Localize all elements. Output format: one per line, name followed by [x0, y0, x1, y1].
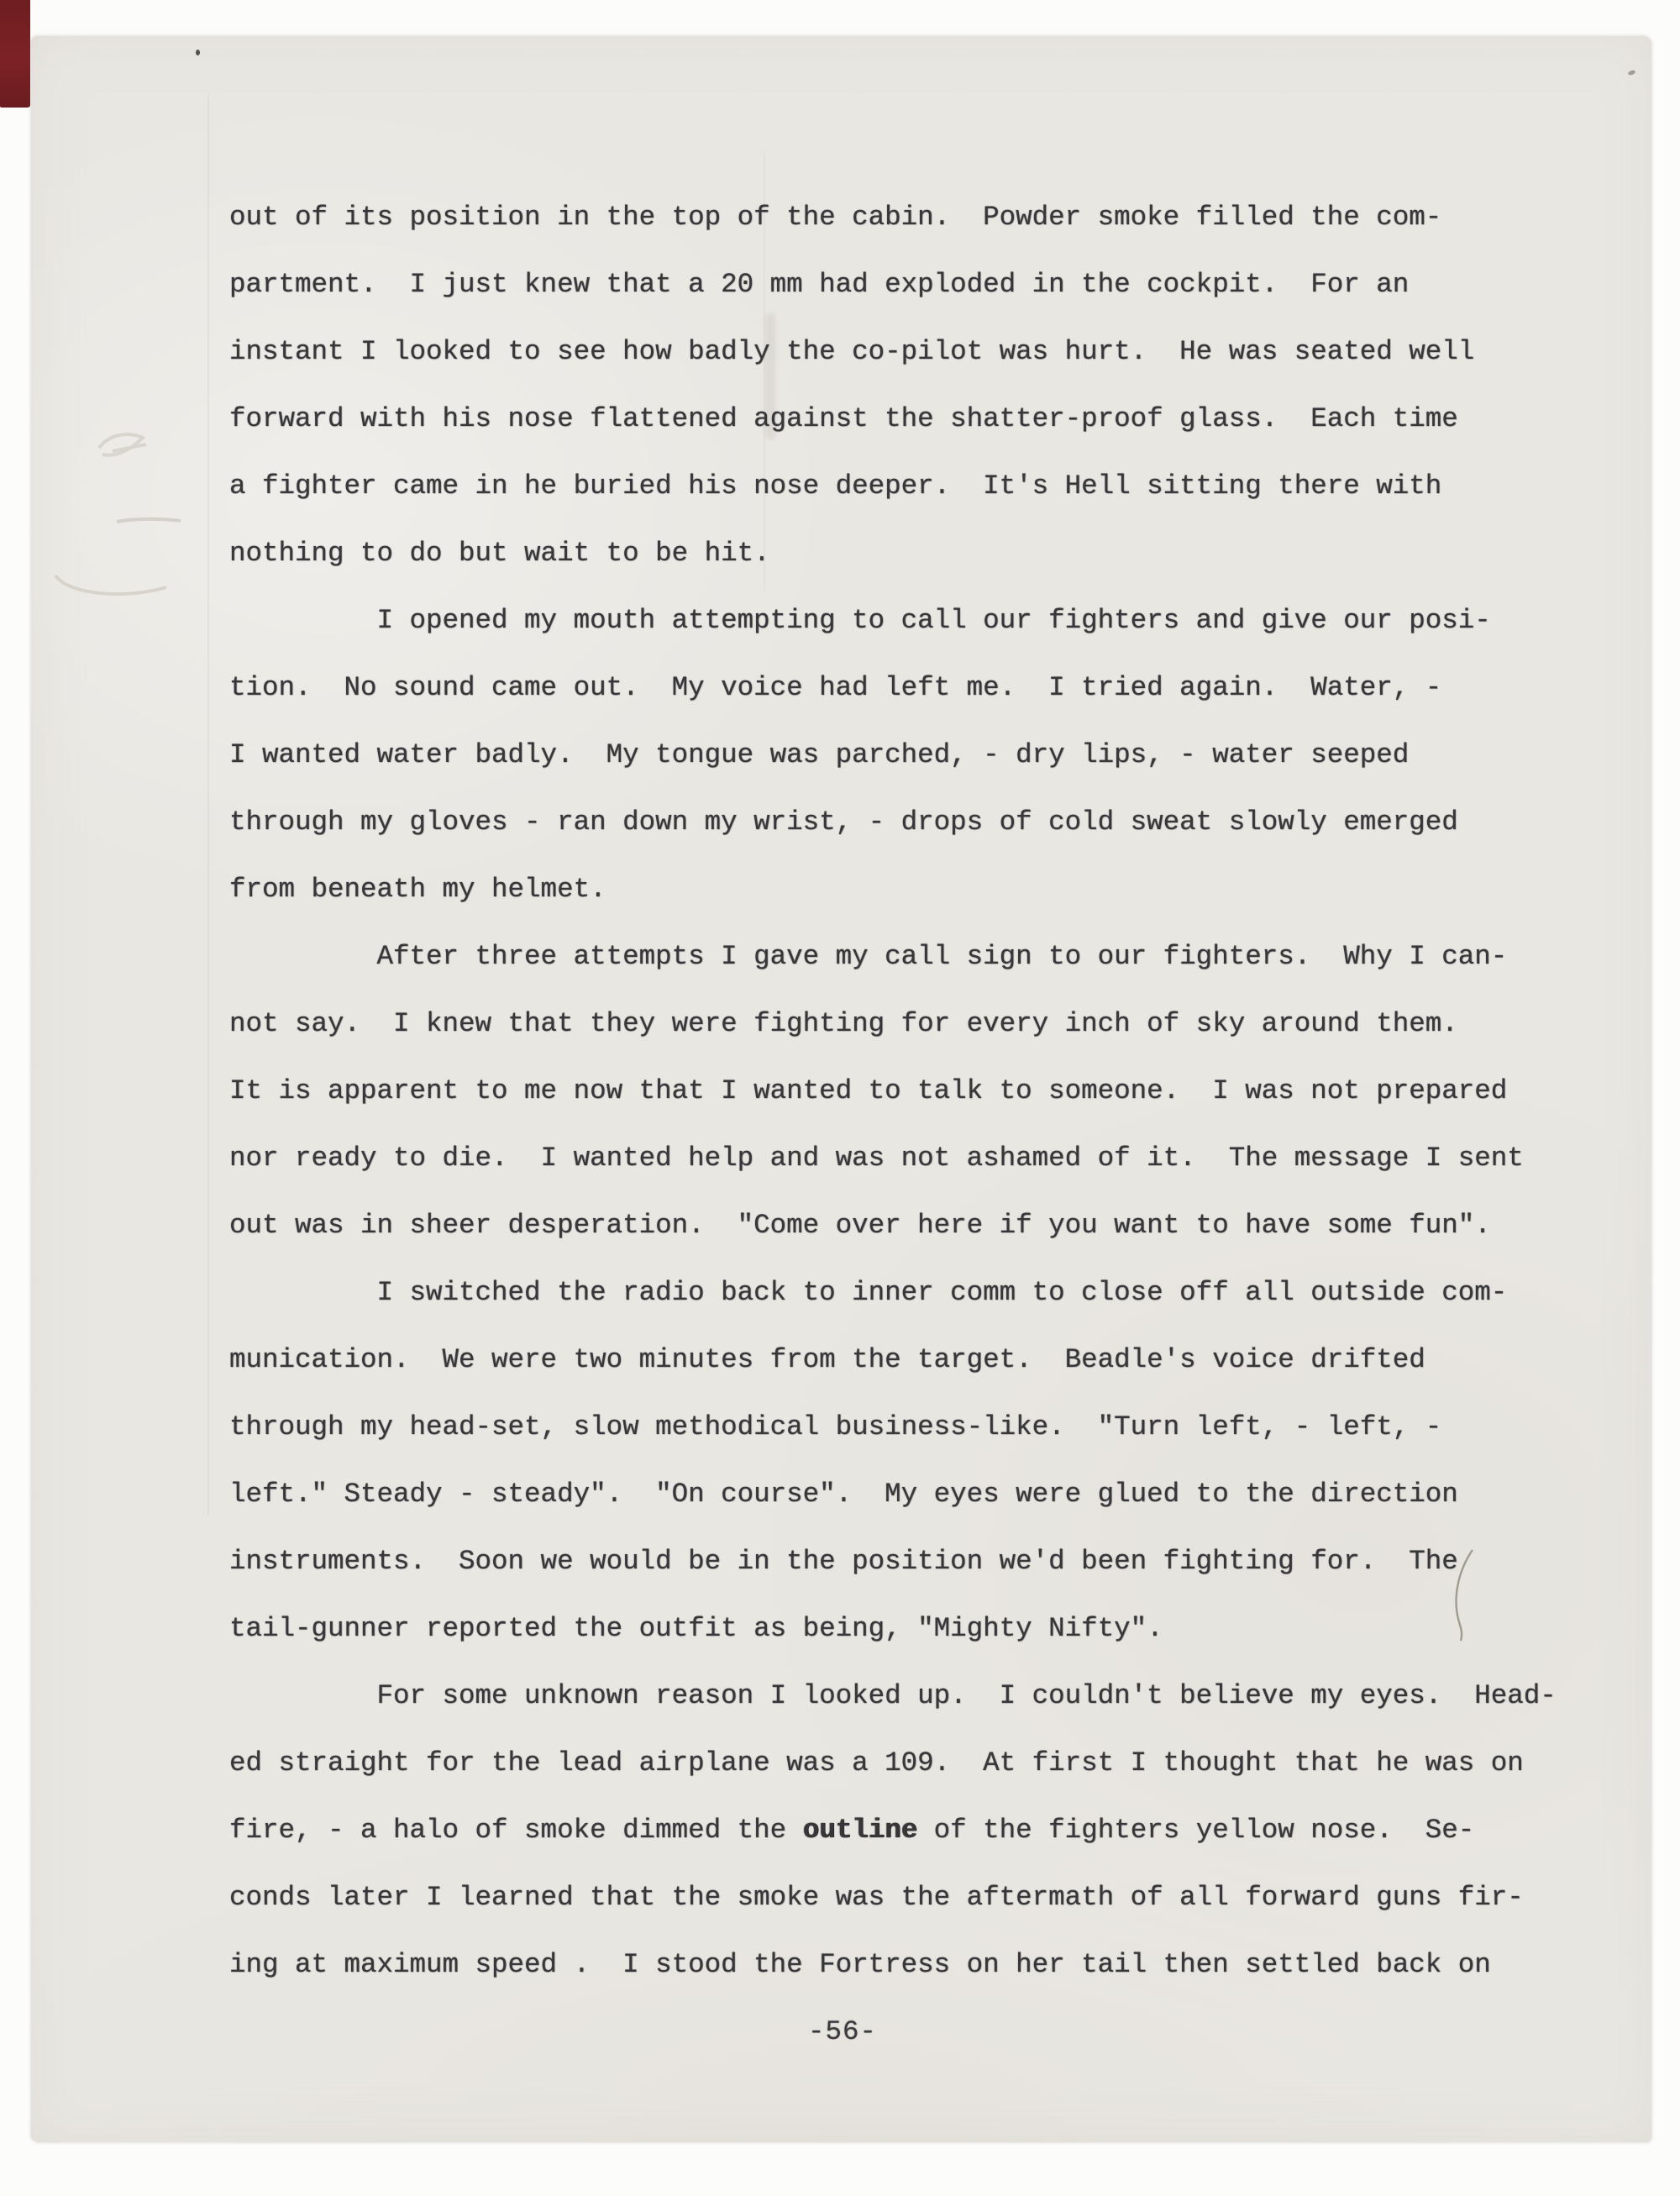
text-line: through my gloves - ran down my wrist, -…: [229, 789, 1607, 856]
text-line: partment. I just knew that a 20 mm had e…: [229, 251, 1607, 318]
red-corner-mark: [0, 0, 30, 108]
text-line: ing at maximum speed . I stood the Fortr…: [229, 1931, 1607, 1999]
text-line: from beneath my helmet.: [229, 856, 1607, 923]
text-line: conds later I learned that the smoke was…: [229, 1864, 1607, 1931]
text-line: After three attempts I gave my call sign…: [229, 923, 1607, 990]
text-line: ed straight for the lead airplane was a …: [229, 1730, 1607, 1797]
text-line: out of its position in the top of the ca…: [229, 184, 1607, 251]
text-line: forward with his nose flattened against …: [229, 386, 1607, 453]
pencil-arc-mark: [52, 567, 170, 602]
text-line: nothing to do but wait to be hit.: [229, 520, 1607, 587]
text-segment: of the fighters yellow nose. Se-: [917, 1815, 1474, 1846]
text-line: a fighter came in he buried his nose dee…: [229, 453, 1607, 520]
text-line: out was in sheer desperation. "Come over…: [229, 1192, 1607, 1259]
paper-crease-left: [207, 95, 209, 1515]
text-line: through my head-set, slow methodical bus…: [229, 1394, 1607, 1461]
text-line: instruments. Soon we would be in the pos…: [229, 1528, 1607, 1595]
text-line: I switched the radio back to inner comm …: [229, 1259, 1607, 1327]
overstruck-word: outline: [803, 1815, 918, 1846]
text-line: For some unknown reason I looked up. I c…: [229, 1663, 1607, 1730]
paper-speck: [196, 50, 200, 55]
text-line: nor ready to die. I wanted help and was …: [229, 1125, 1607, 1192]
text-line: tail-gunner reported the outfit as being…: [229, 1595, 1607, 1663]
text-line: I opened my mouth attempting to call our…: [229, 587, 1607, 654]
text-line-with-overstrike: fire, - a halo of smoke dimmed the outli…: [229, 1797, 1607, 1864]
scan-background: out of its position in the top of the ca…: [0, 0, 1680, 2196]
page-number: -56-: [229, 1999, 1456, 2066]
text-line: not say. I knew that they were fighting …: [229, 990, 1607, 1058]
text-line: instant I looked to see how badly the co…: [229, 318, 1607, 386]
text-line: It is apparent to me now that I wanted t…: [229, 1058, 1607, 1125]
text-line: tion. No sound came out. My voice had le…: [229, 654, 1607, 722]
typewritten-text: out of its position in the top of the ca…: [229, 184, 1607, 1999]
text-segment: fire, - a halo of smoke dimmed the: [229, 1815, 803, 1846]
pencil-line-mark: [115, 513, 182, 528]
text-line: left." Steady - steady". "On course". My…: [229, 1461, 1607, 1528]
text-line: munication. We were two minutes from the…: [229, 1327, 1607, 1394]
pencil-smudge-upper: [94, 423, 170, 473]
text-line: I wanted water badly. My tongue was parc…: [229, 722, 1607, 789]
